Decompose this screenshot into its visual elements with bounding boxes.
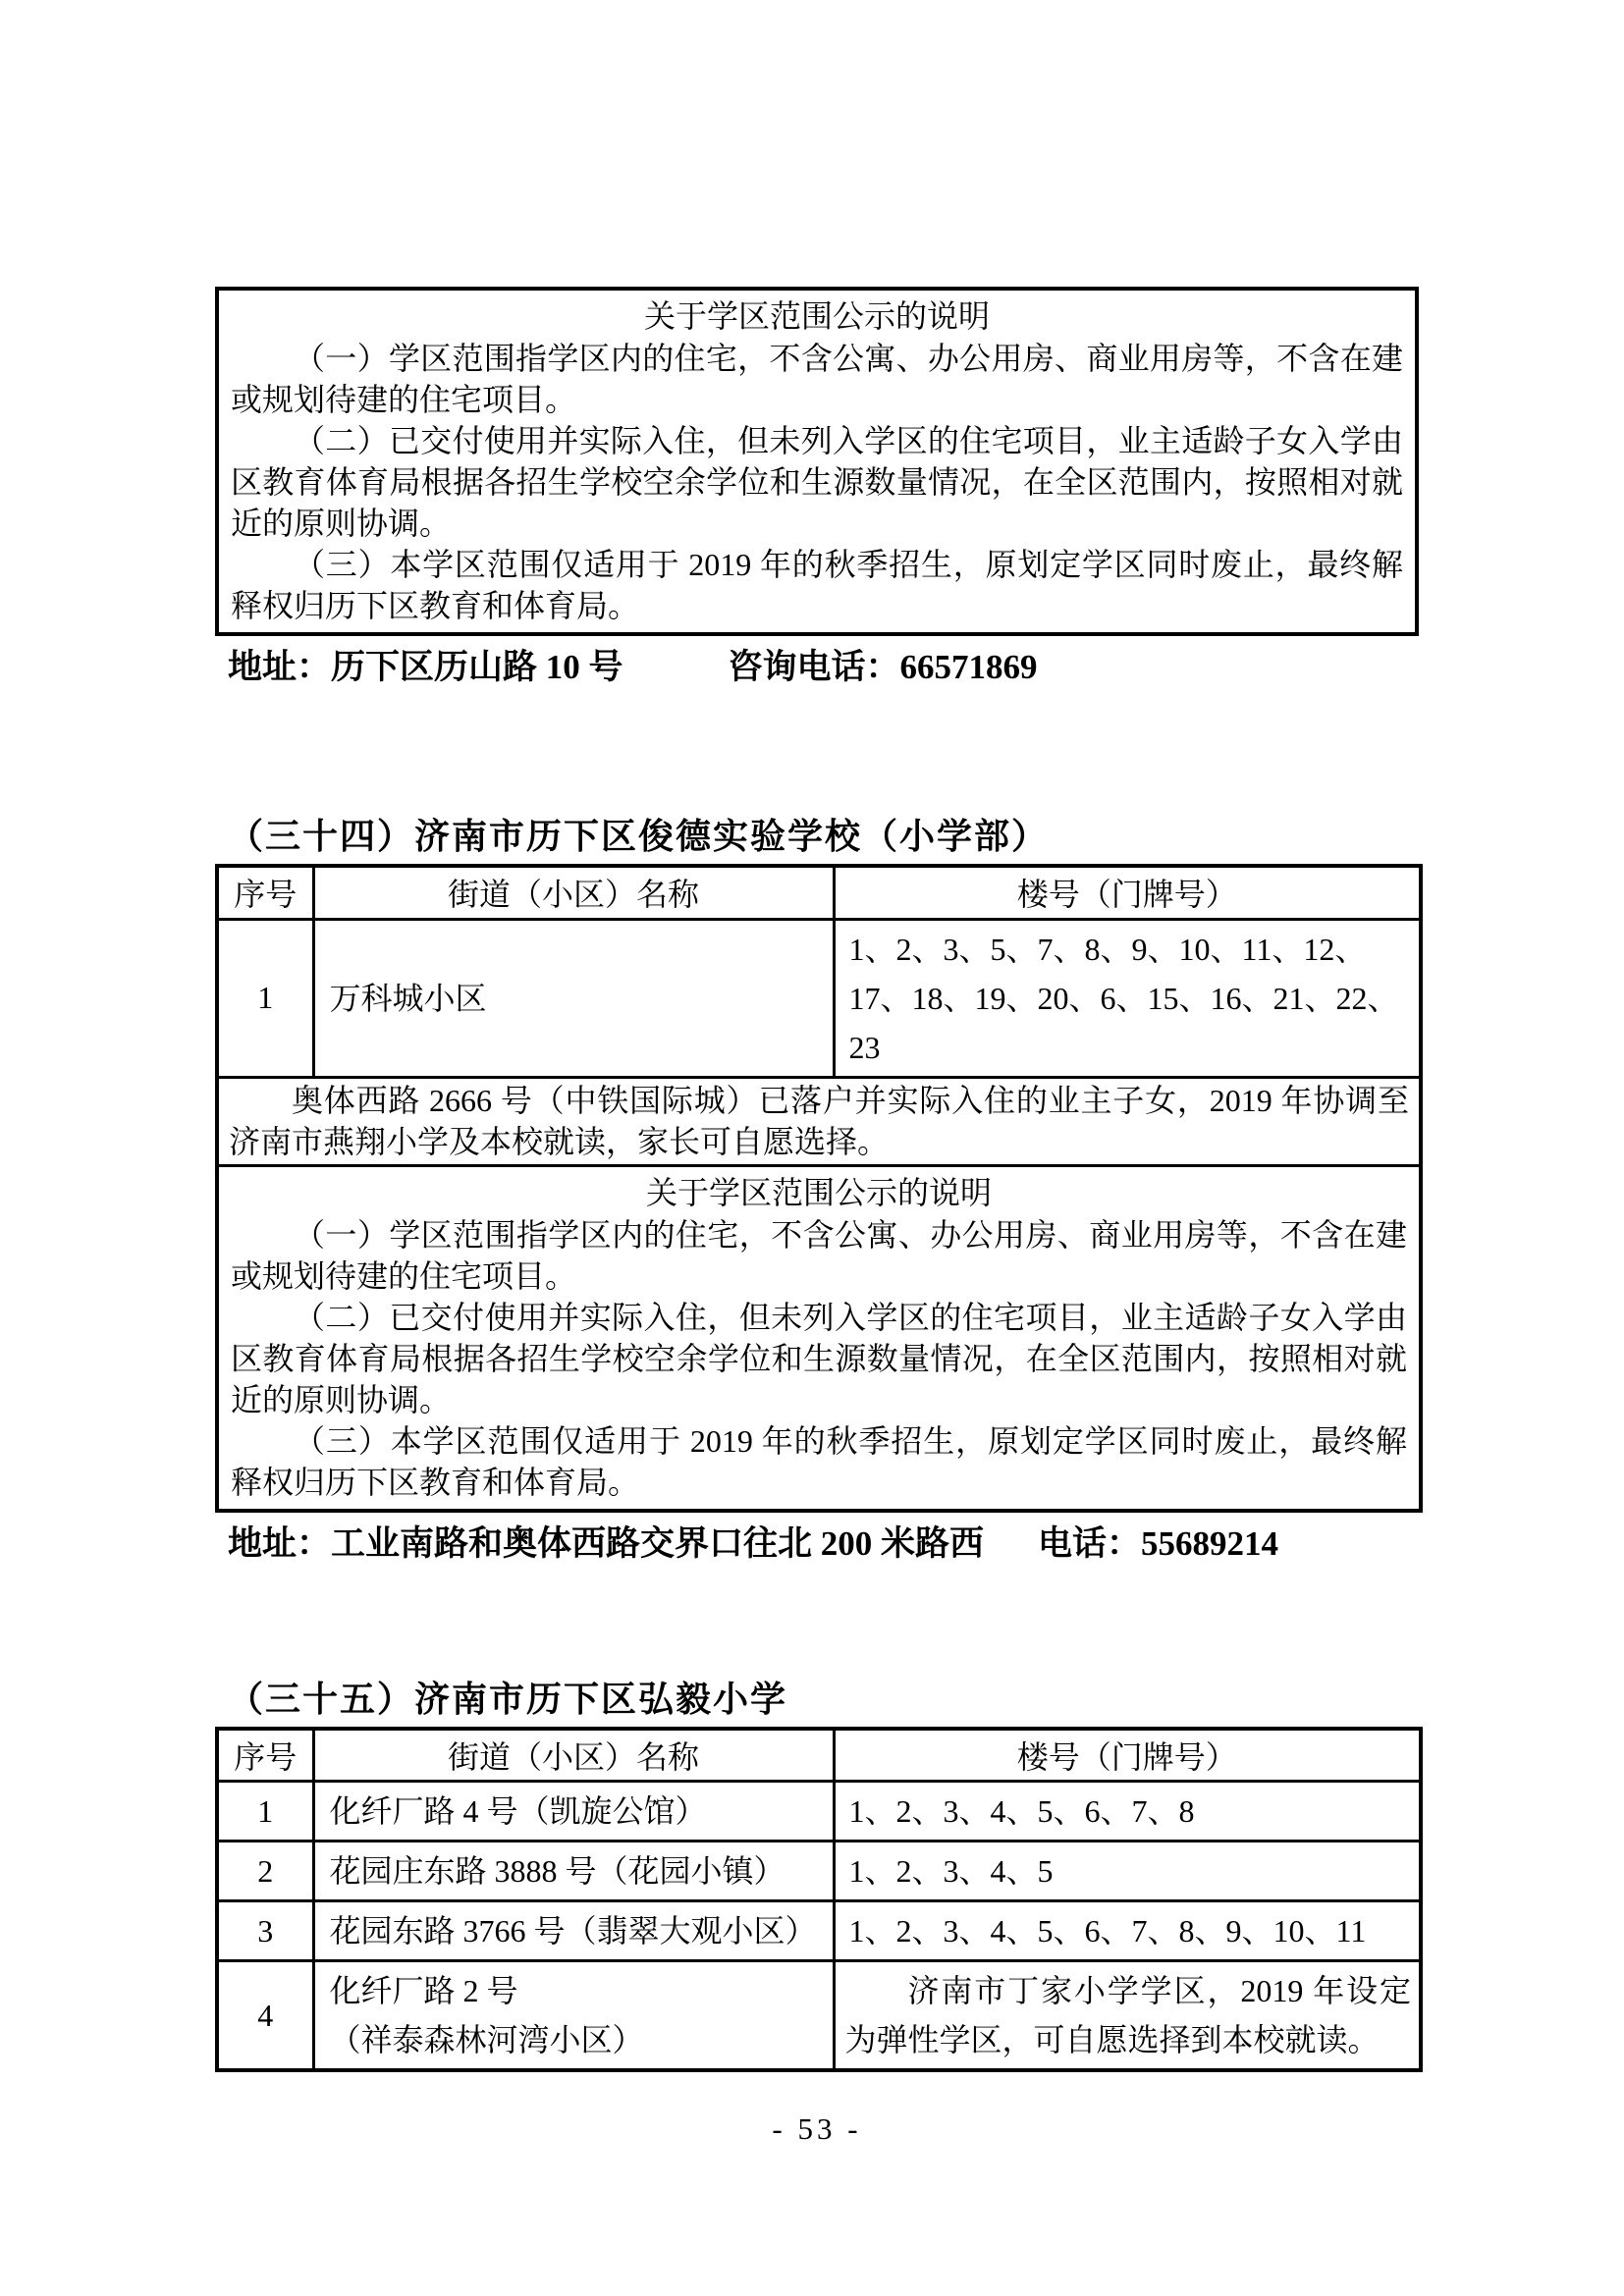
table-row: 2 花园庄东路 3888 号（花园小镇） 1、2、3、4、5 xyxy=(217,1842,1421,1901)
document-page: 关于学区范围公示的说明 （一）学区范围指学区内的住宅，不含公寓、办公用房、商业用… xyxy=(215,0,1419,2147)
column-header-name: 街道（小区）名称 xyxy=(313,1729,834,1782)
prev-school-address: 地址：历下区历山路 10 号 xyxy=(228,644,623,691)
row-name: 化纤厂路 4 号（凯旋公馆） xyxy=(313,1782,834,1842)
table-note: 奥体西路 2666 号（中铁国际城）已落户并实际入住的业主子女，2019 年协调… xyxy=(217,1077,1421,1165)
page-number: - 53 - xyxy=(215,2111,1419,2147)
table-row: 1 万科城小区 1、2、3、5、7、8、9、10、11、12、17、18、19、… xyxy=(217,919,1421,1077)
row-no: 3 xyxy=(217,1901,313,1961)
section-34-table: 序号 街道（小区）名称 楼号（门牌号） 1 万科城小区 1、2、3、5、7、8、… xyxy=(215,864,1423,1513)
row-buildings: 1、2、3、4、5 xyxy=(834,1842,1421,1901)
section-34-address: 地址：工业南路和奥体西路交界口往北 200 米路西 xyxy=(228,1521,984,1568)
section-34-phone: 电话：55689214 xyxy=(1038,1521,1278,1568)
notice-paragraph-3: （三）本学区范围仅适用于 2019 年的秋季招生，原划定学区同时废止，最终解释权… xyxy=(231,544,1403,626)
row-no: 1 xyxy=(217,1782,313,1842)
address-line-section-34: 地址：工业南路和奥体西路交界口往北 200 米路西 电话：55689214 xyxy=(228,1521,1419,1568)
notice-title: 关于学区范围公示的说明 xyxy=(231,294,1403,338)
address-line-prev-school: 地址：历下区历山路 10 号 咨询电话：66571869 xyxy=(228,644,1419,691)
section-34-heading: （三十四）济南市历下区俊德实验学校（小学部） xyxy=(228,813,1419,860)
section-35-heading: （三十五）济南市历下区弘毅小学 xyxy=(228,1676,1419,1723)
notice-paragraph-1: （一）学区范围指学区内的住宅，不含公寓、办公用房、商业用房等，不含在建或规划待建… xyxy=(231,1214,1407,1297)
column-header-name: 街道（小区）名称 xyxy=(313,866,834,919)
row-name: 花园庄东路 3888 号（花园小镇） xyxy=(313,1842,834,1901)
section-35-table: 序号 街道（小区）名称 楼号（门牌号） 1 化纤厂路 4 号（凯旋公馆） 1、2… xyxy=(215,1727,1423,2073)
row-no: 2 xyxy=(217,1842,313,1901)
table-note-row: 奥体西路 2666 号（中铁国际城）已落户并实际入住的业主子女，2019 年协调… xyxy=(217,1077,1421,1165)
table-header-row: 序号 街道（小区）名称 楼号（门牌号） xyxy=(217,866,1421,919)
notice-box-top: 关于学区范围公示的说明 （一）学区范围指学区内的住宅，不含公寓、办公用房、商业用… xyxy=(215,287,1419,636)
row-buildings: 1、2、3、5、7、8、9、10、11、12、17、18、19、20、6、15、… xyxy=(834,919,1421,1077)
notice-paragraph-2: （二）已交付使用并实际入住，但未列入学区的住宅项目，业主适龄子女入学由区教育体育… xyxy=(231,1297,1407,1420)
row-name-line-2: （祥泰森林河湾小区） xyxy=(330,2015,827,2064)
row-name: 万科城小区 xyxy=(313,919,834,1077)
table-row: 1 化纤厂路 4 号（凯旋公馆） 1、2、3、4、5、6、7、8 xyxy=(217,1782,1421,1842)
row-name: 花园东路 3766 号（翡翠大观小区） xyxy=(313,1901,834,1961)
row-buildings-note: 济南市丁家小学学区，2019 年设定为弹性学区，可自愿选择到本校就读。 xyxy=(834,1961,1421,2071)
row-name: 化纤厂路 2 号 （祥泰森林河湾小区） xyxy=(313,1961,834,2071)
table-row: 3 花园东路 3766 号（翡翠大观小区） 1、2、3、4、5、6、7、8、9、… xyxy=(217,1901,1421,1961)
table-notice-row: 关于学区范围公示的说明 （一）学区范围指学区内的住宅，不含公寓、办公用房、商业用… xyxy=(217,1165,1421,1511)
row-buildings: 1、2、3、4、5、6、7、8 xyxy=(834,1782,1421,1842)
column-header-buildings: 楼号（门牌号） xyxy=(834,866,1421,919)
notice-paragraph-3: （三）本学区范围仅适用于 2019 年的秋季招生，原划定学区同时废止，最终解释权… xyxy=(231,1420,1407,1503)
row-buildings: 1、2、3、4、5、6、7、8、9、10、11 xyxy=(834,1901,1421,1961)
row-no: 4 xyxy=(217,1961,313,2071)
row-name-line-1: 化纤厂路 2 号 xyxy=(330,1966,827,2015)
notice-paragraph-1: （一）学区范围指学区内的住宅，不含公寓、办公用房、商业用房等，不含在建或规划待建… xyxy=(231,338,1403,420)
table-header-row: 序号 街道（小区）名称 楼号（门牌号） xyxy=(217,1729,1421,1782)
notice-title: 关于学区范围公示的说明 xyxy=(231,1171,1407,1214)
notice-paragraph-2: （二）已交付使用并实际入住，但未列入学区的住宅项目，业主适龄子女入学由区教育体育… xyxy=(231,420,1403,544)
prev-school-phone: 咨询电话：66571869 xyxy=(729,644,1038,691)
table-row: 4 化纤厂路 2 号 （祥泰森林河湾小区） 济南市丁家小学学区，2019 年设定… xyxy=(217,1961,1421,2071)
column-header-no: 序号 xyxy=(217,866,313,919)
column-header-buildings: 楼号（门牌号） xyxy=(834,1729,1421,1782)
notice-box-section-34: 关于学区范围公示的说明 （一）学区范围指学区内的住宅，不含公寓、办公用房、商业用… xyxy=(217,1165,1421,1511)
row-no: 1 xyxy=(217,919,313,1077)
column-header-no: 序号 xyxy=(217,1729,313,1782)
